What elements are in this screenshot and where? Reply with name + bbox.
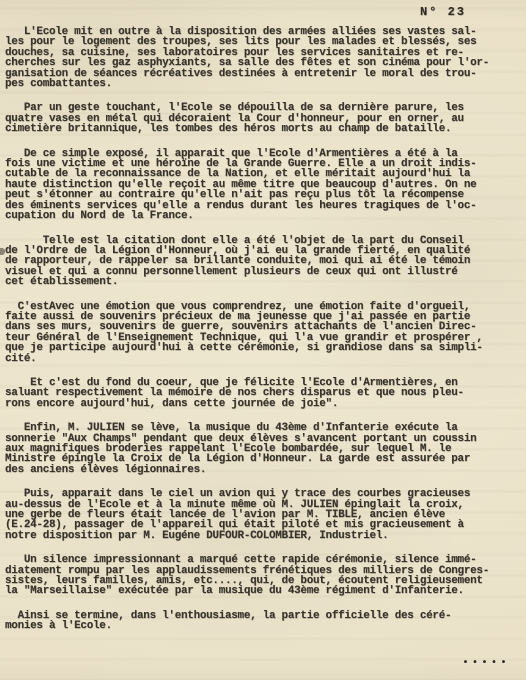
paragraph: Par un geste touchant, l'Ecole se dépoui… <box>5 103 523 134</box>
footer-dots: ••••• <box>462 658 510 669</box>
paragraph: Puis, apparait dans le ciel un avion qui… <box>5 489 523 541</box>
paragraph: C'estAvec une émotion que vous comprendr… <box>5 302 523 364</box>
paragraph: Ainsi se termine, dans l'enthousiasme, l… <box>5 611 523 632</box>
paragraph: L'Ecole mit en outre à la disposition de… <box>5 27 523 89</box>
paragraph: Enfin, M. JULIEN se lève, la musique du … <box>5 423 523 475</box>
paragraph: De ce simple exposé, il apparait que l'E… <box>5 149 523 222</box>
paragraph: Un silence impressionnant a marqué cette… <box>5 555 523 597</box>
document-page: N° 23 L'Ecole mit en outre à la disposit… <box>0 0 526 680</box>
document-body: L'Ecole mit en outre à la disposition de… <box>5 27 523 646</box>
page-number: N° 23 <box>420 5 466 19</box>
paragraph: Et c'est du fond du coeur, que je félici… <box>5 378 523 409</box>
ink-blot <box>0 248 5 255</box>
paragraph: Telle est la citation dont elle a été l'… <box>5 236 523 288</box>
